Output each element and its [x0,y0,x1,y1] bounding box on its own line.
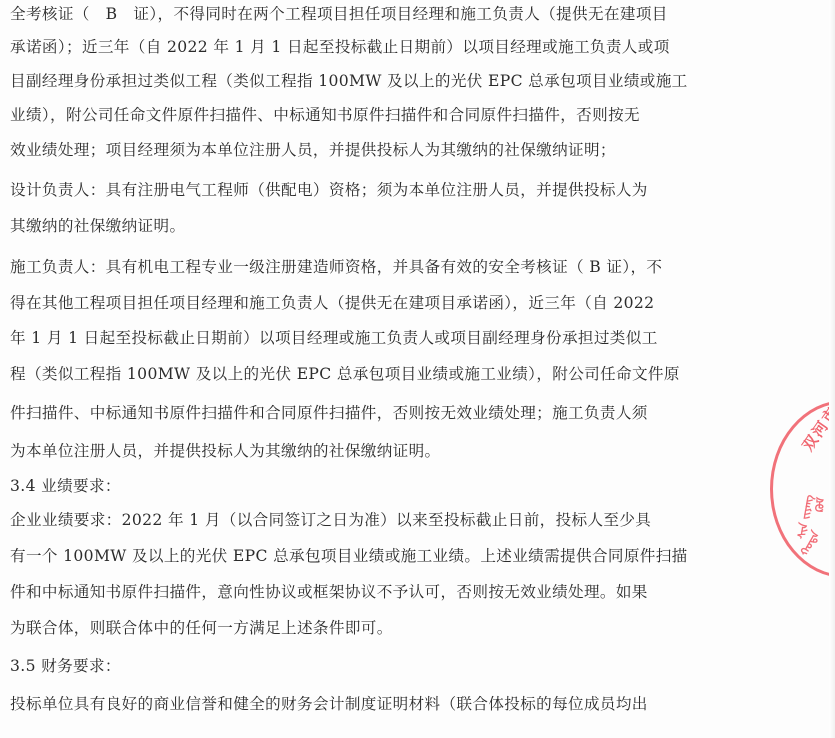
text-line: 目副经理身份承担过类似工程（类似工程指 100MW 及以上的光伏 EPC 总承包… [10,71,690,91]
scanned-document-page: 全考核证（ B 证），不得同时在两个工程项目担任项目经理和施工负责人（提供无在建… [0,0,835,738]
stamp-script-text: ᠺᠣᠮ [808,496,828,512]
text-line: 为联合体，则联合体中的任何一方满足上述条件即可。 [10,618,690,638]
text-line: 承诺函）；近三年（自 2022 年 1 月 1 日起至投标截止日期前）以项目经理… [10,37,690,57]
finance-paragraph: 投标单位具有良好的商业信誉和健全的财务会计制度证明材料（联合体投标的每位成员均出 [10,694,690,714]
text-line: 年 1 月 1 日起至投标截止日期前）以项目经理或施工负责人或项目副经理身份承担… [10,328,690,348]
text-line: 件扫描件、中标通知书原件扫描件和合同原件扫描件，否则按无效业绩处理；施工负责人须 [10,403,690,423]
text-line: 程（类似工程指 100MW 及以上的光伏 EPC 总承包项目业绩或施工业绩），附… [10,364,690,384]
section-heading-performance: 3.4 业绩要求： [10,476,690,496]
text-line: 得在其他工程项目担任项目经理和施工负责人（提供无在建项目承诺函），近三年（自 2… [10,293,690,313]
text-line: 件和中标通知书原件扫描件，意向性协议或框架协议不予认可，否则按无效业绩处理。如果 [10,582,690,602]
design-lead-paragraph: 设计负责人：具有注册电气工程师（供配电）资格；须为本单位注册人员，并提供投标人为 [10,180,690,200]
text-line: 效业绩处理；项目经理须为本单位注册人员，并提供投标人为其缴纳的社保缴纳证明； [10,140,690,160]
construction-lead-paragraph: 施工负责人：具有机电工程专业一级注册建造师资格，并具备有效的安全考核证（ B 证… [10,257,690,277]
company-seal-stamp: 双河市 有 ᠰᠢᠨ ᠵᠢᠶᠠᠩ ᠬᠣᠳᠠ ᠺᠣᠮ [770,400,835,578]
text-line: 业绩），附公司任命文件原件扫描件、中标通知书原件扫描件和合同原件扫描件，否则按无 [10,105,690,125]
enterprise-performance-paragraph: 企业业绩要求：2022 年 1 月（以合同签订之日为准）以来至投标截止日前，投标… [10,510,690,530]
section-heading-finance: 3.5 财务要求： [10,656,690,676]
text-line: 为本单位注册人员，并提供投标人为其缴纳的社保缴纳证明。 [10,441,690,461]
text-line: 有一个 100MW 及以上的光伏 EPC 总承包项目业绩或施工业绩。上述业绩需提… [10,546,690,566]
page-edge-shadow [829,0,835,738]
text-line: 其缴纳的社保缴纳证明。 [10,216,690,236]
text-line: 全考核证（ B 证），不得同时在两个工程项目担任项目经理和施工负责人（提供无在建… [10,4,690,24]
